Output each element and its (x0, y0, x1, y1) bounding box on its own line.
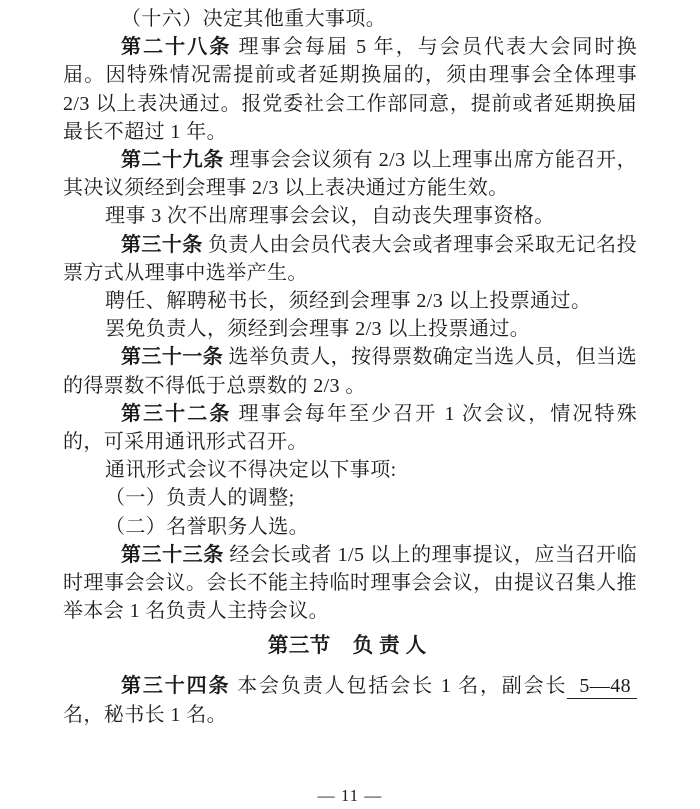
paragraph: 第三十三条 经会长或者 1/5 以上的理事提议，应当召开临时理事会会议。会长不能… (63, 541, 637, 626)
article-number: 第三十三条 (121, 544, 224, 566)
paragraph: 第三十二条 理事会每年至少召开 1 次会议，情况特殊的，可采用通讯形式召开。 (63, 400, 637, 456)
text-run: 本会负责人包括会长 1 名，副会长 (230, 675, 567, 697)
text-run: 通讯形式会议不得决定以下事项: (105, 459, 397, 481)
paragraph: （二）名誉职务人选。 (63, 513, 637, 541)
article-number: 第二十八条 (121, 36, 231, 58)
article-number: 第三十四条 (121, 675, 230, 697)
section-heading-title: 负责人 (353, 635, 433, 657)
document-body: （十六）决定其他重大事项。第二十八条 理事会每届 5 年，与会员代表大会同时换届… (63, 5, 637, 729)
paragraph: 第二十九条 理事会会议须有 2/3 以上理事出席方能召开，其决议须经到会理事 2… (63, 146, 637, 202)
paragraph: （十六）决定其他重大事项。 (63, 5, 637, 33)
text-run: 罢免负责人，须经到会理事 2/3 以上投票通过。 (105, 318, 530, 340)
paragraph: 罢免负责人，须经到会理事 2/3 以上投票通过。 (63, 315, 637, 343)
paragraph: （一）负责人的调整; (63, 484, 637, 512)
paragraph: 第二十八条 理事会每届 5 年，与会员代表大会同时换届。因特殊情况需提前或者延期… (63, 33, 637, 146)
text-run: 理事 3 次不出席理事会会议，自动丧失理事资格。 (105, 205, 555, 227)
article-number: 第三十一条 (121, 346, 223, 368)
section-heading-number: 第三节 (268, 635, 331, 657)
article-number: 第三十二条 (121, 403, 231, 425)
text-run: （十六）决定其他重大事项。 (121, 8, 386, 30)
underlined-value: 5—48 (567, 675, 637, 699)
page-number: — 11 — (0, 786, 700, 806)
paragraph: 第三十四条 本会负责人包括会长 1 名，副会长5—48名，秘书长 1 名。 (63, 672, 637, 728)
section-heading: 第三节负责人 (63, 632, 637, 660)
paragraph: 第三十条 负责人由会员代表大会或者理事会采取无记名投票方式从理事中选举产生。 (63, 231, 637, 287)
text-run: （一）负责人的调整; (105, 487, 295, 509)
text-run: 名，秘书长 1 名。 (63, 704, 227, 726)
paragraph: 理事 3 次不出席理事会会议，自动丧失理事资格。 (63, 202, 637, 230)
paragraph: 聘任、解聘秘书长，须经到会理事 2/3 以上投票通过。 (63, 287, 637, 315)
text-run: 聘任、解聘秘书长，须经到会理事 2/3 以上投票通过。 (105, 290, 591, 312)
paragraph: 第三十一条 选举负责人，按得票数确定当选人员，但当选的得票数不得低于总票数的 2… (63, 343, 637, 399)
article-number: 第二十九条 (121, 149, 224, 171)
paragraph: 通讯形式会议不得决定以下事项: (63, 456, 637, 484)
article-number: 第三十条 (121, 234, 203, 256)
text-run: （二）名誉职务人选。 (105, 516, 309, 538)
document-page: （十六）决定其他重大事项。第二十八条 理事会每届 5 年，与会员代表大会同时换届… (0, 0, 700, 809)
